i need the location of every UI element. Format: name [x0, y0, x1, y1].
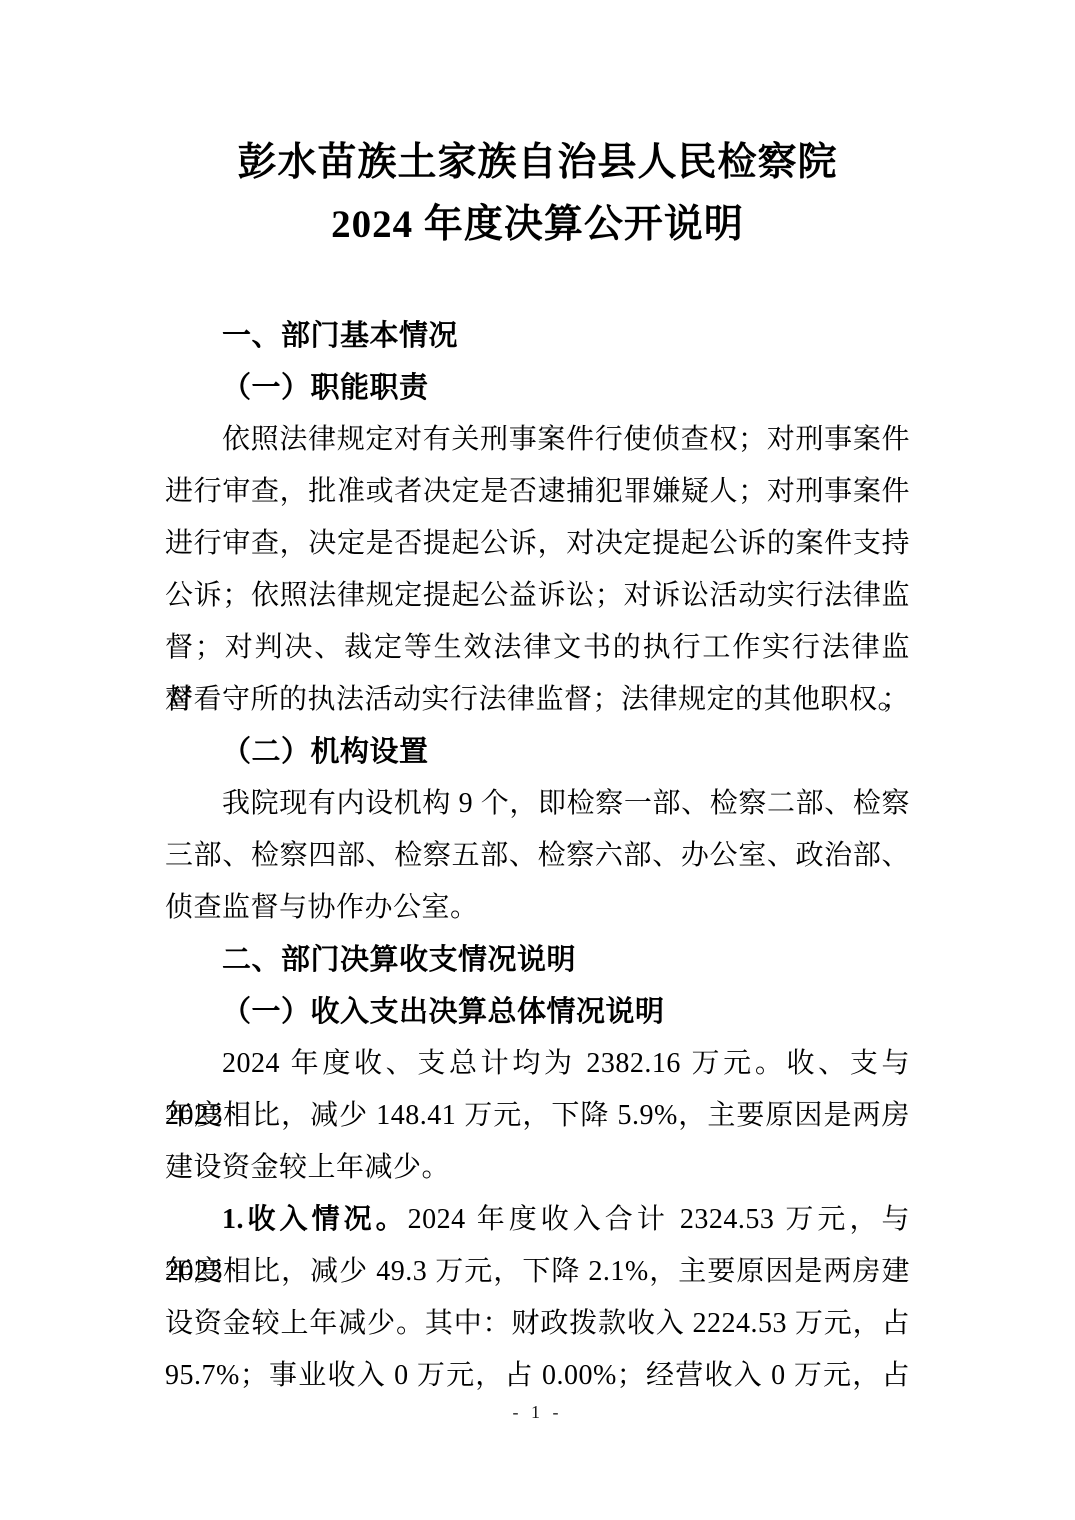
document-title-line2: 2024 年度决算公开说明	[165, 194, 910, 256]
paragraph-duties-line: 公诉；依照法律规定提起公益诉讼；对诉讼活动实行法律监	[165, 570, 910, 622]
heading-budget: 二、部门决算收支情况说明	[165, 934, 910, 986]
subheading-overview: （一）收入支出决算总体情况说明	[165, 986, 910, 1038]
paragraph-org-line: 我院现有内设机构 9 个，即检察一部、检察二部、检察	[165, 778, 910, 830]
paragraph-income-line: 1.收入情况。2024 年度收入合计 2324.53 万元，与 2023	[165, 1194, 910, 1246]
page-number: - 1 -	[0, 1402, 1075, 1423]
subheading-organization: （二）机构设置	[165, 726, 910, 778]
paragraph-income-line: 年度相比，减少 49.3 万元，下降 2.1%，主要原因是两房建	[165, 1246, 910, 1298]
document-title-line1: 彭水苗族土家族自治县人民检察院	[165, 132, 910, 194]
paragraph-org-line: 三部、检察四部、检察五部、检察六部、办公室、政治部、	[165, 830, 910, 882]
paragraph-overview-line: 建设资金较上年减少。	[165, 1142, 910, 1194]
document-content: 彭水苗族土家族自治县人民检察院 2024 年度决算公开说明 一、部门基本情况 （…	[165, 132, 910, 1402]
paragraph-org-line: 侦查监督与协作办公室。	[165, 882, 910, 934]
paragraph-duties-line: 对看守所的执法活动实行法律监督；法律规定的其他职权。	[165, 674, 910, 726]
income-lead-label: 1.收入情况。	[222, 1204, 408, 1235]
paragraph-income-line: 95.7%；事业收入 0 万元，占 0.00%；经营收入 0 万元，占	[165, 1350, 910, 1402]
subheading-duties: （一）职能职责	[165, 362, 910, 414]
paragraph-income-line: 设资金较上年减少。其中：财政拨款收入 2224.53 万元，占	[165, 1298, 910, 1350]
paragraph-duties-line: 督；对判决、裁定等生效法律文书的执行工作实行法律监督；	[165, 622, 910, 674]
paragraph-duties-line: 进行审查，批准或者决定是否逮捕犯罪嫌疑人；对刑事案件	[165, 466, 910, 518]
document-body: 一、部门基本情况 （一）职能职责 依照法律规定对有关刑事案件行使侦查权；对刑事案…	[165, 310, 910, 1402]
paragraph-overview-line: 年度相比，减少 148.41 万元，下降 5.9%，主要原因是两房	[165, 1090, 910, 1142]
paragraph-overview-line: 2024 年度收、支总计均为 2382.16 万元。收、支与 2023	[165, 1038, 910, 1090]
document-page: 彭水苗族土家族自治县人民检察院 2024 年度决算公开说明 一、部门基本情况 （…	[0, 0, 1075, 1520]
paragraph-duties-line: 依照法律规定对有关刑事案件行使侦查权；对刑事案件	[165, 414, 910, 466]
heading-basic-info: 一、部门基本情况	[165, 310, 910, 362]
paragraph-duties-line: 进行审查，决定是否提起公诉，对决定提起公诉的案件支持	[165, 518, 910, 570]
